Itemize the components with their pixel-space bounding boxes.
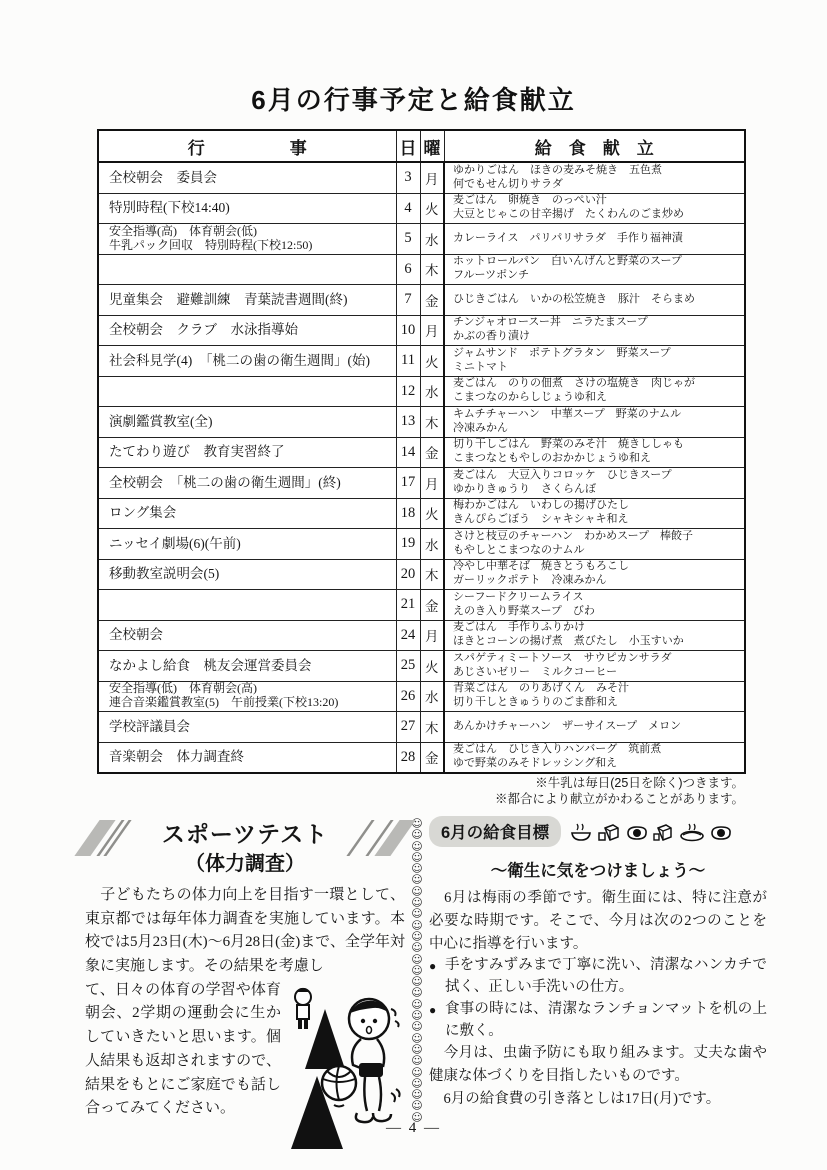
- menu-cell: ひじきごはん いかの松笠焼き 豚汁 そらまめ: [444, 285, 745, 316]
- day-cell: 10: [396, 315, 420, 346]
- menu-cell: ジャムサンド ポテトグラタン 野菜スープ ミニトマト: [444, 346, 745, 377]
- sports-test-heading: スポーツテスト （体力調査）: [85, 816, 405, 876]
- table-row: なかよし給食 桃友会運営委員会25火スパゲティミートソース サウピカンサラダ あ…: [98, 651, 745, 682]
- table-row: 安全指導(低) 体育朝会(高) 連合音楽鑑賞教室(5) 午前授業(下校13:20…: [98, 681, 745, 712]
- header-event: 行 事: [98, 130, 396, 162]
- event-cell: 児童集会 避難訓練 青葉読書週間(終): [98, 285, 396, 316]
- weekday-cell: 月: [420, 468, 444, 499]
- weekday-cell: 金: [420, 285, 444, 316]
- day-cell: 7: [396, 285, 420, 316]
- newsletter-page: 6月の行事予定と給食献立 行 事 日 曜 給 食 献 立 全校朝会 委員会3月ゆ…: [0, 0, 827, 1170]
- menu-cell: 麦ごはん ひじき入りハンバーグ 筑前煮 ゆで野菜のみそドレッシング和え: [444, 742, 745, 773]
- menu-cell: 麦ごはん 卵焼き のっぺい汁 大豆とじゃこの甘辛揚げ たくわんのごま炒め: [444, 193, 745, 224]
- page-title: 6月の行事予定と給食献立: [0, 80, 827, 117]
- event-cell: ニッセイ劇場(6)(午前): [98, 529, 396, 560]
- page-number: — 4 —: [0, 1120, 827, 1137]
- table-row: 全校朝会24月麦ごはん 手作りふりかけ ほきとコーンの揚げ煮 煮びたし 小玉すい…: [98, 620, 745, 651]
- table-row: 学校評議員会27木あんかけチャーハン ザーサイスープ メロン: [98, 712, 745, 743]
- day-cell: 14: [396, 437, 420, 468]
- weekday-cell: 木: [420, 712, 444, 743]
- menu-cell: 麦ごはん 大豆入りコロッケ ひじきスープ ゆかりきゅうり さくらんぼ: [444, 468, 745, 499]
- steaming-bowl-icon: [569, 822, 593, 842]
- event-cell: 特別時程(下校14:40): [98, 193, 396, 224]
- event-cell: 全校朝会 「桃二の歯の衛生週間」(終): [98, 468, 396, 499]
- goal-closing-2: 6月の給食費の引き落としは17日(月)です。: [429, 1088, 767, 1111]
- day-cell: 12: [396, 376, 420, 407]
- goal-bullet-list: ● 手をすみずみまで丁寧に洗い、清潔なハンカチで拭く、正しい手洗いの仕方。 ● …: [429, 955, 767, 1042]
- weekday-cell: 水: [420, 529, 444, 560]
- weekday-cell: 火: [420, 498, 444, 529]
- slash-decoration-icon: [359, 820, 405, 856]
- sports-test-subtitle: （体力調査）: [85, 847, 405, 876]
- day-cell: 13: [396, 407, 420, 438]
- menu-cell: ホットロールパン 白いんげんと野菜のスープ フルーツポンチ: [444, 254, 745, 285]
- event-cell: [98, 590, 396, 621]
- weekday-cell: 木: [420, 407, 444, 438]
- table-row: 音楽朝会 体力調査終28金麦ごはん ひじき入りハンバーグ 筑前煮 ゆで野菜のみそ…: [98, 742, 745, 773]
- column-divider: ☺ ☺ ☺ ☺ ☺ ☺ ☺ ☺ ☺ ☺ ☺ ☺ ☺ ☺ ☺ ☺ ☺ ☺ ☺ ☺ …: [405, 816, 429, 1159]
- day-cell: 25: [396, 651, 420, 682]
- menu-cell: チンジャオロースー丼 ニラたまスープ かぶの香り漬け: [444, 315, 745, 346]
- footnote-menu-change: ※都合により献立がかわることがあります。: [97, 792, 744, 808]
- day-cell: 5: [396, 224, 420, 255]
- lunch-goal-article: 6月の給食目標 ～衛生に気をつけましょう～ 6月は梅雨の季節です。衛生面には、特…: [429, 816, 767, 1159]
- event-cell: なかよし給食 桃友会運営委員会: [98, 651, 396, 682]
- weekday-cell: 水: [420, 376, 444, 407]
- menu-cell: あんかけチャーハン ザーサイスープ メロン: [444, 712, 745, 743]
- event-cell: [98, 254, 396, 285]
- event-cell: 安全指導(低) 体育朝会(高) 連合音楽鑑賞教室(5) 午前授業(下校13:20…: [98, 681, 396, 712]
- weekday-cell: 木: [420, 254, 444, 285]
- table-row: ニッセイ劇場(6)(午前)19水さけと枝豆のチャーハン わかめスープ 棒餃子 も…: [98, 529, 745, 560]
- day-cell: 28: [396, 742, 420, 773]
- menu-cell: シーフードクリームライス えのき入り野菜スープ びわ: [444, 590, 745, 621]
- table-row: 全校朝会 委員会3月ゆかりごはん ほきの麦みそ焼き 五色煮 何でもせん切りサラダ: [98, 162, 745, 193]
- weekday-cell: 月: [420, 162, 444, 193]
- sports-test-body-1: 子どもたちの体力向上を目指す一環として、東京都では毎年体力調査を実施しています。…: [85, 887, 405, 974]
- event-cell: 全校朝会 委員会: [98, 162, 396, 193]
- event-cell: 社会科見学(4) 「桃二の歯の衛生週間」(始): [98, 346, 396, 377]
- milk-carton-icon: [653, 822, 675, 842]
- event-cell: [98, 376, 396, 407]
- list-item: ● 手をすみずみまで丁寧に洗い、清潔なハンカチで拭く、正しい手洗いの仕方。: [429, 955, 767, 999]
- table-row: ロング集会18火梅わかごはん いわしの揚げひたし きんぴらごぼう シャキシャキ和…: [98, 498, 745, 529]
- menu-cell: 麦ごはん のりの佃煮 さけの塩焼き 肉じゃが こまつなのからしじょうゆ和え: [444, 376, 745, 407]
- menu-cell: キムチチャーハン 中華スープ 野菜のナムル 冷凍みかん: [444, 407, 745, 438]
- table-row: 社会科見学(4) 「桃二の歯の衛生週間」(始)11火ジャムサンド ポテトグラタン…: [98, 346, 745, 377]
- lunch-goal-badge: 6月の給食目標: [429, 816, 561, 847]
- table-row: 特別時程(下校14:40)4火麦ごはん 卵焼き のっぺい汁 大豆とじゃこの甘辛揚…: [98, 193, 745, 224]
- menu-cell: スパゲティミートソース サウピカンサラダ あじさいゼリー ミルクコーヒー: [444, 651, 745, 682]
- footnote-milk: ※牛乳は毎日(25日を除く)つきます。: [97, 776, 744, 792]
- table-row: 全校朝会 「桃二の歯の衛生週間」(終)17月麦ごはん 大豆入りコロッケ ひじきス…: [98, 468, 745, 499]
- menu-cell: さけと枝豆のチャーハン わかめスープ 棒餃子 もやしとこまつなのナムル: [444, 529, 745, 560]
- bullet-icon: ●: [429, 999, 445, 1043]
- event-cell: 演劇鑑賞教室(全): [98, 407, 396, 438]
- table-row: 移動教室説明会(5)20木冷やし中華そば 焼きとうもろこし ガーリックポテト 冷…: [98, 559, 745, 590]
- bottom-section: スポーツテスト （体力調査） 子どもたちの体力向上を目指す一環として、東京都では…: [85, 816, 767, 1159]
- event-cell: 安全指導(高) 体育朝会(低) 牛乳パック回収 特別時程(下校12:50): [98, 224, 396, 255]
- day-cell: 18: [396, 498, 420, 529]
- event-cell: ロング集会: [98, 498, 396, 529]
- day-cell: 4: [396, 193, 420, 224]
- menu-cell: 青菜ごはん のりあげくん みそ汁 切り干しときゅうりのごま酢和え: [444, 681, 745, 712]
- milk-carton-and-cup-icon: [597, 822, 621, 842]
- event-cell: 全校朝会 クラブ 水泳指導始: [98, 315, 396, 346]
- weekday-cell: 火: [420, 346, 444, 377]
- day-cell: 21: [396, 590, 420, 621]
- bullet-text: 食事の時には、清潔なランチョンマットを机の上に敷く。: [445, 999, 767, 1043]
- table-row: 演劇鑑賞教室(全)13木キムチチャーハン 中華スープ 野菜のナムル 冷凍みかん: [98, 407, 745, 438]
- table-header-row: 行 事 日 曜 給 食 献 立: [98, 130, 745, 162]
- weekday-cell: 火: [420, 193, 444, 224]
- table-row: 児童集会 避難訓練 青葉読書週間(終)7金ひじきごはん いかの松笠焼き 豚汁 そ…: [98, 285, 745, 316]
- weekday-cell: 水: [420, 224, 444, 255]
- table-row: 全校朝会 クラブ 水泳指導始10月チンジャオロースー丼 ニラたまスープ かぶの香…: [98, 315, 745, 346]
- list-item: ● 食事の時には、清潔なランチョンマットを机の上に敷く。: [429, 999, 767, 1043]
- weekday-cell: 木: [420, 559, 444, 590]
- table-row: 12水麦ごはん のりの佃煮 さけの塩焼き 肉じゃが こまつなのからしじょうゆ和え: [98, 376, 745, 407]
- day-cell: 19: [396, 529, 420, 560]
- event-cell: 移動教室説明会(5): [98, 559, 396, 590]
- day-cell: 24: [396, 620, 420, 651]
- sports-test-body-2: て、日々の体育の学習や体育朝会、2学期の運動会に生かしていきたいと思います。個人…: [85, 982, 281, 1116]
- weekday-cell: 金: [420, 742, 444, 773]
- bullet-text: 手をすみずみまで丁寧に洗い、清潔なハンカチで拭く、正しい手洗いの仕方。: [445, 955, 767, 999]
- weekday-cell: 金: [420, 590, 444, 621]
- schedule-table: 行 事 日 曜 給 食 献 立 全校朝会 委員会3月ゆかりごはん ほきの麦みそ焼…: [97, 129, 746, 774]
- food-icons-row: [569, 822, 733, 842]
- menu-cell: 麦ごはん 手作りふりかけ ほきとコーンの揚げ煮 煮びたし 小玉すいか: [444, 620, 745, 651]
- bullet-icon: ●: [429, 955, 445, 999]
- table-row: たてわり遊び 教育実習終了14金切り干しごはん 野菜のみそ汁 焼きししゃも こま…: [98, 437, 745, 468]
- goal-intro: 6月は梅雨の季節です。衛生面には、特に注意が必要な時期です。そこで、今月は次の2…: [429, 887, 767, 955]
- day-cell: 11: [396, 346, 420, 377]
- day-cell: 27: [396, 712, 420, 743]
- event-cell: 学校評議員会: [98, 712, 396, 743]
- day-cell: 3: [396, 162, 420, 193]
- event-cell: たてわり遊び 教育実習終了: [98, 437, 396, 468]
- event-cell: 音楽朝会 体力調査終: [98, 742, 396, 773]
- menu-cell: ゆかりごはん ほきの麦みそ焼き 五色煮 何でもせん切りサラダ: [444, 162, 745, 193]
- menu-cell: 切り干しごはん 野菜のみそ汁 焼きししゃも こまつなともやしのおかかじょうゆ和え: [444, 437, 745, 468]
- fried-egg-icon: [625, 823, 649, 841]
- menu-cell: 梅わかごはん いわしの揚げひたし きんぴらごぼう シャキシャキ和え: [444, 498, 745, 529]
- table-row: 安全指導(高) 体育朝会(低) 牛乳パック回収 特別時程(下校12:50)5水カ…: [98, 224, 745, 255]
- weekday-cell: 月: [420, 620, 444, 651]
- fried-egg-icon: [709, 823, 733, 841]
- goal-closing-1: 今月は、虫歯予防にも取り組みます。丈夫な歯や健康な体づくりを目指したいものです。: [429, 1042, 767, 1088]
- day-cell: 20: [396, 559, 420, 590]
- header-weekday: 曜: [420, 130, 444, 162]
- hygiene-subtitle: ～衛生に気をつけましょう～: [429, 857, 767, 881]
- steaming-dish-icon: [679, 822, 705, 842]
- slash-decoration-icon: [85, 820, 131, 856]
- event-cell: 全校朝会: [98, 620, 396, 651]
- table-row: 6木ホットロールパン 白いんげんと野菜のスープ フルーツポンチ: [98, 254, 745, 285]
- menu-cell: 冷やし中華そば 焼きとうもろこし ガーリックポテト 冷凍みかん: [444, 559, 745, 590]
- weekday-cell: 金: [420, 437, 444, 468]
- weekday-cell: 月: [420, 315, 444, 346]
- menu-cell: カレーライス パリパリサラダ 手作り福神漬: [444, 224, 745, 255]
- weekday-cell: 火: [420, 651, 444, 682]
- day-cell: 17: [396, 468, 420, 499]
- day-cell: 6: [396, 254, 420, 285]
- header-menu: 給 食 献 立: [444, 130, 745, 162]
- sports-test-article: スポーツテスト （体力調査） 子どもたちの体力向上を目指す一環として、東京都では…: [85, 816, 405, 1159]
- table-footnotes: ※牛乳は毎日(25日を除く)つきます。 ※都合により献立がかわることがあります。: [97, 776, 744, 807]
- day-cell: 26: [396, 681, 420, 712]
- header-day: 日: [396, 130, 420, 162]
- weekday-cell: 水: [420, 681, 444, 712]
- table-row: 21金シーフードクリームライス えのき入り野菜スープ びわ: [98, 590, 745, 621]
